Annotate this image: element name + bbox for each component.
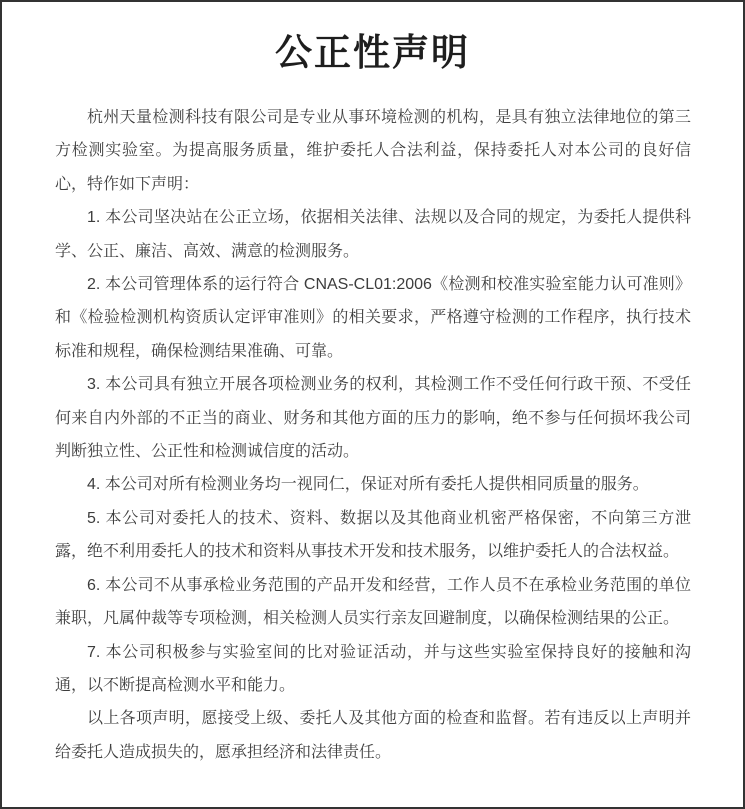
closing-paragraph: 以上各项声明，愿接受上级、委托人及其他方面的检查和监督。若有违反以上声明并给委托…: [55, 702, 691, 769]
document-title: 公正性声明: [2, 34, 743, 71]
statement-item-7: 7. 本公司积极参与实验室间的比对验证活动，并与这些实验室保持良好的接触和沟通，…: [55, 636, 691, 703]
statement-item-6: 6. 本公司不从事承检业务范围的产品开发和经营，工作人员不在承检业务范围的单位兼…: [55, 569, 691, 636]
impartiality-statement-page: 公正性声明 杭州天量检测科技有限公司是专业从事环境检测的机构，是具有独立法律地位…: [0, 0, 745, 809]
statement-item-3: 3. 本公司具有独立开展各项检测业务的权利，其检测工作不受任何行政干预、不受任何…: [55, 368, 691, 468]
statement-item-1: 1. 本公司坚决站在公正立场，依据相关法律、法规以及合同的规定，为委托人提供科学…: [55, 201, 691, 268]
statement-item-2: 2. 本公司管理体系的运行符合 CNAS-CL01:2006《检测和校准实验室能…: [55, 268, 691, 368]
intro-paragraph: 杭州天量检测科技有限公司是专业从事环境检测的机构，是具有独立法律地位的第三方检测…: [55, 101, 691, 201]
statement-item-4: 4. 本公司对所有检测业务均一视同仁，保证对所有委托人提供相同质量的服务。: [55, 468, 691, 501]
document-body: 杭州天量检测科技有限公司是专业从事环境检测的机构，是具有独立法律地位的第三方检测…: [55, 101, 691, 769]
statement-item-5: 5. 本公司对委托人的技术、资料、数据以及其他商业机密严格保密，不向第三方泄露，…: [55, 502, 691, 569]
